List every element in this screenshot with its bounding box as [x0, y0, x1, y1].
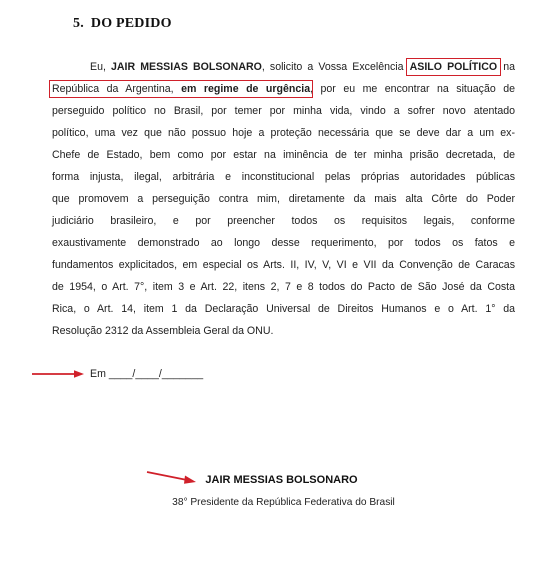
signatory-title: 38° Presidente da República Federativa d… — [0, 497, 553, 508]
text-segment: na — [498, 61, 515, 73]
paragraph-line: judiciário brasileiro, e por preencher t… — [52, 210, 515, 232]
paragraph-line: que promovem a perseguição contra mim, d… — [52, 188, 515, 210]
text-segment: República da Argentina, — [52, 83, 181, 95]
arrow-right-icon — [32, 369, 84, 379]
section-title: DO PEDIDO — [91, 16, 172, 31]
paragraph-line: exaustivamente demonstrado ao longo dess… — [52, 232, 515, 254]
text-segment: , por eu me encontrar na situação de — [310, 83, 515, 95]
paragraph-line: forma injusta, ilegal, arbitrária e inco… — [52, 166, 515, 188]
paragraph-line: Chefe de Estado, bem como por estar na i… — [52, 144, 515, 166]
section-number: 5. — [73, 16, 84, 31]
signatory-name: JAIR MESSIAS BOLSONARO — [0, 474, 553, 486]
section-heading: 5.DO PEDIDO — [73, 16, 172, 32]
paragraph-line: de 1954, o Art. 7°, item 3 e Art. 22, it… — [52, 276, 515, 298]
paragraph-line: Resolução 2312 da Assembleia Geral da ON… — [52, 320, 515, 342]
paragraph-line: perseguido político no Brasil, por temer… — [52, 100, 515, 122]
paragraph-line: República da Argentina, em regime de urg… — [52, 78, 515, 100]
request-paragraph: Eu, JAIR MESSIAS BOLSONARO, solicito a V… — [52, 56, 515, 342]
paragraph-line: Rica, o Art. 14, item 1 da Declaração Un… — [52, 298, 515, 320]
requester-name: JAIR MESSIAS BOLSONARO — [111, 61, 262, 73]
paragraph-line: político, uma vez que não possuo hoje a … — [52, 122, 515, 144]
highlight-asilo-politico: ASILO POLÍTICO — [409, 61, 499, 73]
date-field: Em ____/____/_______ — [90, 368, 203, 380]
text-segment: em regime de urgência — [181, 83, 310, 95]
text-segment: Eu, — [90, 61, 111, 73]
highlight-regime-urgencia: República da Argentina, em regime de urg… — [52, 83, 310, 95]
paragraph-line: fundamentos explicitados, em especial os… — [52, 254, 515, 276]
date-line: Em ____/____/_______ — [32, 364, 203, 384]
text-segment: , solicito a Vossa Excelência — [262, 61, 409, 73]
paragraph-line: Eu, JAIR MESSIAS BOLSONARO, solicito a V… — [52, 56, 515, 78]
